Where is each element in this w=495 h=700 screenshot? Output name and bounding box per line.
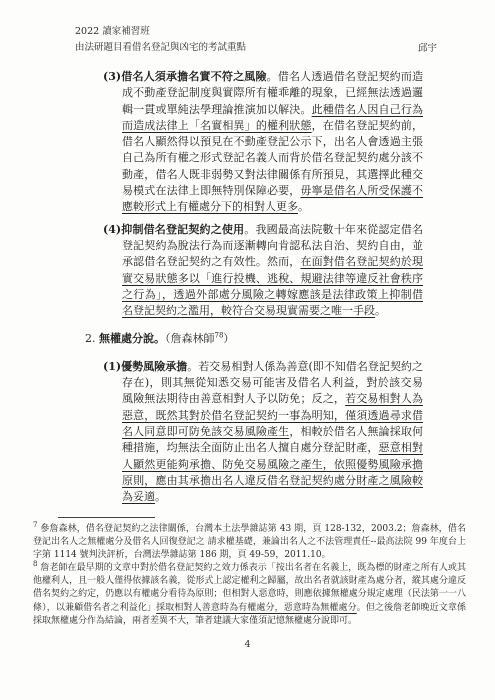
page-header: 2022 讀家補習班 由法研題目看借名登記與凶宅的考試重點 xyxy=(75,24,246,56)
paragraph-item-4: (4)抑制借名登記契約之使用。我國最高法院數十年來從認定借名登記契約為脫法行為而… xyxy=(103,222,423,320)
paragraph-item-1: (1)優勢風險承擔。若交易相對人係為善意(即不知借名登記契約之存在)，則其無從知… xyxy=(103,359,423,506)
footnotes-block: 7 參詹森林，借名登記契約之法律關係，台灣本土法學雜誌第 43 期，頁 128-… xyxy=(33,523,466,628)
section-heading-2: 2. 無權處分說。（詹森林師78） xyxy=(85,331,423,347)
page-number: 4 xyxy=(0,639,495,650)
paragraph-item-3: (3)借名人須承擔名實不符之風險。借名人透過借名登記契約而造成不動產登記制度與實… xyxy=(103,69,423,216)
document-body: (3)借名人須承擔名實不符之風險。借名人透過借名登記契約而造成不動產登記制度與實… xyxy=(103,69,423,505)
header-course-line: 2022 讀家補習班 xyxy=(75,24,246,40)
document-page: 2022 讀家補習班 由法研題目看借名登記與凶宅的考試重點 邱宇 (3)借名人須… xyxy=(0,0,495,700)
header-title-line: 由法研題目看借名登記與凶宅的考試重點 xyxy=(75,40,246,56)
footnote-separator xyxy=(58,517,155,518)
footnote-7: 7 參詹森林，借名登記契約之法律關係，台灣本土法學雜誌第 43 期，頁 128-… xyxy=(33,523,466,562)
footnote-8: 8 詹老師在最早期的文章中對於借名登記契約之效力係表示「按出名者在名義上，既為標… xyxy=(33,562,466,627)
header-author: 邱宇 xyxy=(418,40,437,54)
